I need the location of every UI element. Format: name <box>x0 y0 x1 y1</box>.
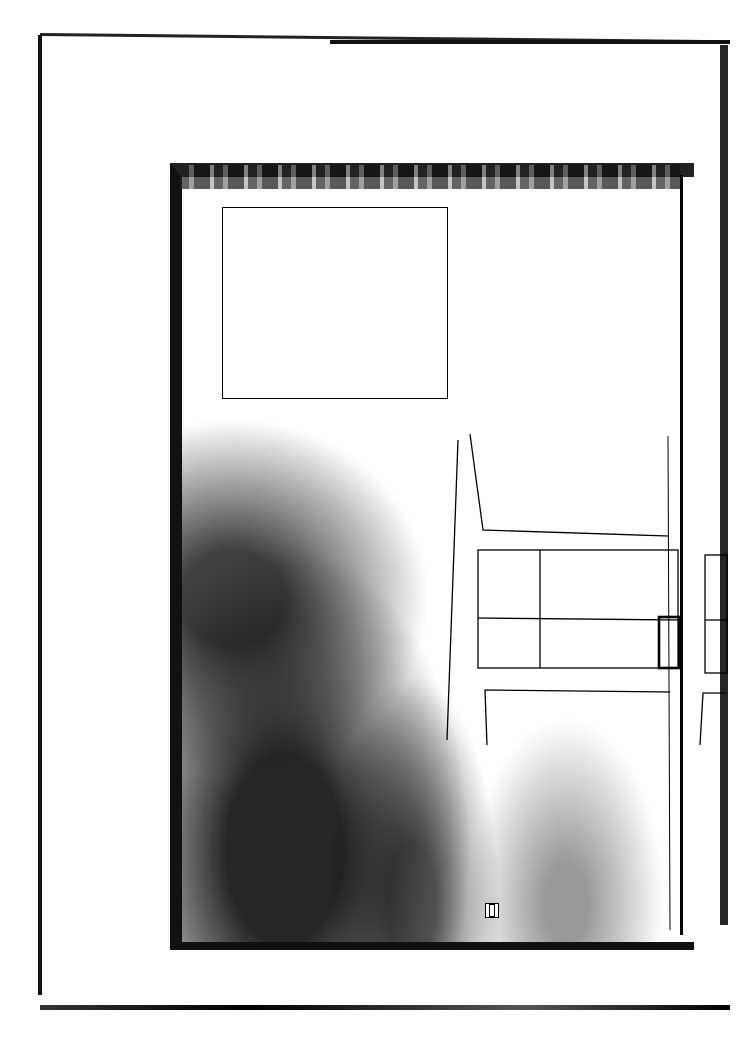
plan-right-edge <box>680 175 683 935</box>
replaces-number <box>489 904 495 917</box>
sheet-right-strip <box>720 45 728 925</box>
replaces-stamp <box>485 903 499 918</box>
sheet-bottom-edge <box>40 1005 730 1010</box>
sheet-top-edge-2 <box>330 40 730 44</box>
sheet-left-edge <box>38 35 42 995</box>
plan-top-noise <box>180 165 680 189</box>
office-use-box <box>222 207 448 399</box>
